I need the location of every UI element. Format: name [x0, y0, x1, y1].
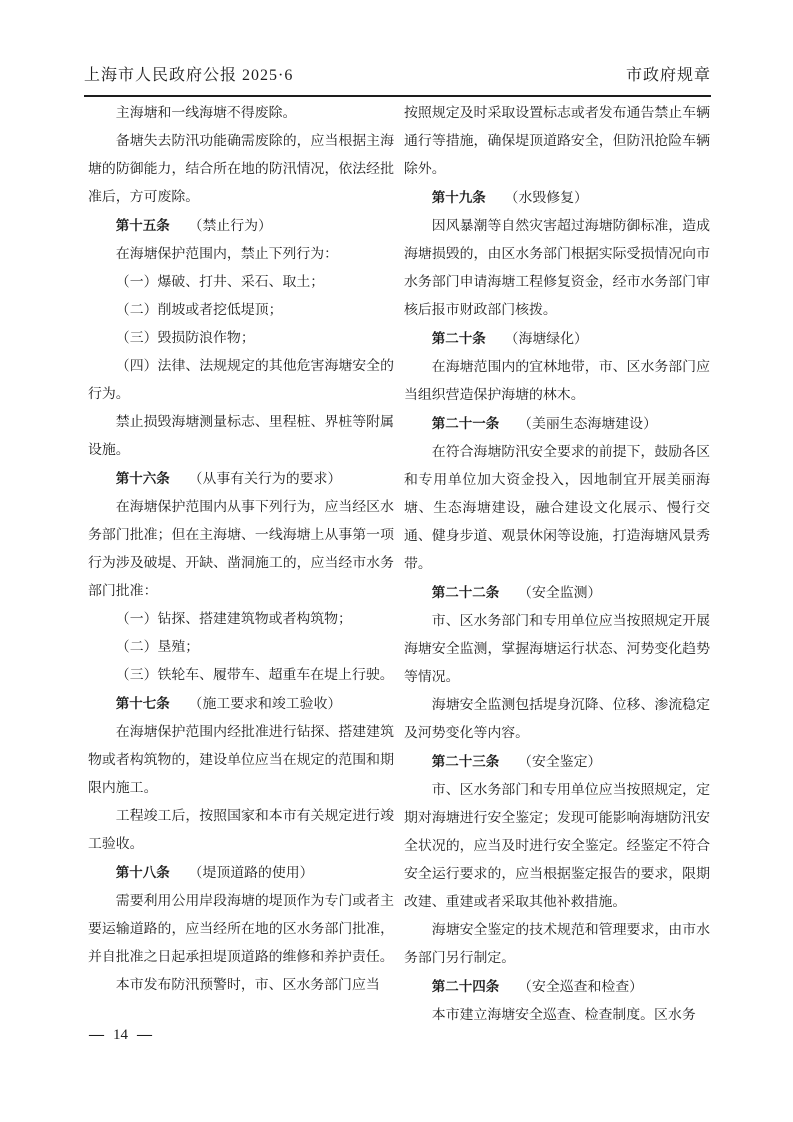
paragraph: （二）垦殖； — [88, 634, 394, 662]
article-title: （禁止行为） — [189, 219, 272, 234]
article-number: 第十八条 — [116, 865, 170, 880]
paragraph: （三）毁损防浪作物； — [88, 325, 394, 353]
paragraph: 在海塘保护范围内，禁止下列行为： — [88, 241, 394, 269]
paragraph: 需要利用公用岸段海塘的堤顶作为专门或者主要运输道路的，应当经所在地的区水务部门批… — [88, 888, 394, 972]
article-heading: 第十五条（禁止行为） — [88, 212, 394, 241]
paragraph: 本市发布防汛预警时，市、区水务部门应当 — [88, 972, 394, 1000]
article-title: （海塘绿化） — [505, 332, 588, 347]
paragraph: 海塘安全监测包括堤身沉降、位移、渗流稳定及河势变化等内容。 — [404, 692, 710, 748]
paragraph: 市、区水务部门和专用单位应当按照规定，定期对海塘进行安全鉴定；发现可能影响海塘防… — [404, 777, 710, 917]
paragraph: 在海塘保护范围内从事下列行为，应当经区水务部门批准；但在主海塘、一线海塘上从事第… — [88, 494, 394, 606]
article-number: 第十九条 — [432, 190, 486, 205]
article-number: 第二十一条 — [432, 416, 500, 431]
article-number: 第二十三条 — [432, 754, 500, 769]
footer-dash-right: — — [137, 1023, 152, 1047]
header-section-label: 市政府规章 — [626, 62, 711, 85]
article-title: （从事有关行为的要求） — [189, 472, 342, 487]
article-heading: 第十八条（堤顶道路的使用） — [88, 859, 394, 888]
paragraph: 按照规定及时采取设置标志或者发布通告禁止车辆通行等措施，确保堤顶道路安全，但防汛… — [404, 100, 710, 184]
paragraph: （一）钻探、搭建建筑物或者构筑物； — [88, 606, 394, 634]
article-heading: 第十九条（水毁修复） — [404, 184, 710, 213]
paragraph: 禁止损毁海塘测量标志、里程桩、界桩等附属设施。 — [88, 409, 394, 465]
text-body: 主海塘和一线海塘不得废除。备塘失去防汛功能确需废除的，应当根据主海塘的防御能力，… — [88, 100, 710, 1030]
article-title: （堤顶道路的使用） — [189, 866, 314, 881]
paragraph: （一）爆破、打井、采石、取土； — [88, 269, 394, 297]
text-column-left: 主海塘和一线海塘不得废除。备塘失去防汛功能确需废除的，应当根据主海塘的防御能力，… — [88, 100, 394, 1030]
article-heading: 第二十条（海塘绿化） — [404, 325, 710, 354]
article-number: 第十七条 — [116, 696, 170, 711]
article-heading: 第二十四条（安全巡查和检查） — [404, 973, 710, 1002]
article-title: （水毁修复） — [505, 191, 588, 206]
paragraph: 主海塘和一线海塘不得废除。 — [88, 100, 394, 128]
article-number: 第十六条 — [116, 471, 170, 486]
page-number: 14 — [113, 1023, 128, 1047]
article-title: （安全巡查和检查） — [518, 980, 643, 995]
article-number: 第十五条 — [116, 218, 170, 233]
paragraph: 因风暴潮等自然灾害超过海塘防御标准，造成海塘损毁的，由区水务部门根据实际受损情况… — [404, 213, 710, 325]
paragraph: （三）铁轮车、履带车、超重车在堤上行驶。 — [88, 662, 394, 690]
gazette-page: 上海市人民政府公报 2025·6 市政府规章 主海塘和一线海塘不得废除。备塘失去… — [0, 0, 793, 1122]
article-number: 第二十二条 — [432, 585, 500, 600]
article-heading: 第十七条（施工要求和竣工验收） — [88, 690, 394, 719]
article-title: （施工要求和竣工验收） — [189, 697, 342, 712]
paragraph: 本市建立海塘安全巡查、检查制度。区水务 — [404, 1002, 710, 1030]
article-number: 第二十条 — [432, 331, 486, 346]
paragraph: 在符合海塘防汛安全要求的前提下，鼓励各区和专用单位加大资金投入，因地制宜开展美丽… — [404, 439, 710, 579]
paragraph: 在海塘范围内的宜林地带，市、区水务部门应当组织营造保护海塘的林木。 — [404, 354, 710, 410]
text-column-right: 按照规定及时采取设置标志或者发布通告禁止车辆通行等措施，确保堤顶道路安全，但防汛… — [404, 100, 710, 1030]
article-heading: 第二十一条（美丽生态海塘建设） — [404, 410, 710, 439]
article-title: （安全鉴定） — [518, 755, 601, 770]
article-title: （安全监测） — [518, 586, 601, 601]
page-footer: — 14 — — [89, 1023, 152, 1047]
page-header: 上海市人民政府公报 2025·6 市政府规章 — [84, 62, 711, 97]
paragraph: 海塘安全鉴定的技术规范和管理要求，由市水务部门另行制定。 — [404, 917, 710, 973]
paragraph: 工程竣工后，按照国家和本市有关规定进行竣工验收。 — [88, 803, 394, 859]
header-publication-title: 上海市人民政府公报 2025·6 — [84, 62, 293, 85]
paragraph: （四）法律、法规规定的其他危害海塘安全的行为。 — [88, 353, 394, 409]
article-heading: 第二十三条（安全鉴定） — [404, 748, 710, 777]
article-title: （美丽生态海塘建设） — [518, 417, 657, 432]
paragraph: （二）削坡或者挖低堤顶； — [88, 297, 394, 325]
footer-dash-left: — — [89, 1023, 104, 1047]
paragraph: 市、区水务部门和专用单位应当按照规定开展海塘安全监测，掌握海塘运行状态、河势变化… — [404, 608, 710, 692]
paragraph: 在海塘保护范围内经批准进行钻探、搭建建筑物或者构筑物的，建设单位应当在规定的范围… — [88, 719, 394, 803]
article-heading: 第十六条（从事有关行为的要求） — [88, 465, 394, 494]
paragraph: 备塘失去防汛功能确需废除的，应当根据主海塘的防御能力，结合所在地的防汛情况，依法… — [88, 128, 394, 212]
article-number: 第二十四条 — [432, 979, 500, 994]
article-heading: 第二十二条（安全监测） — [404, 579, 710, 608]
